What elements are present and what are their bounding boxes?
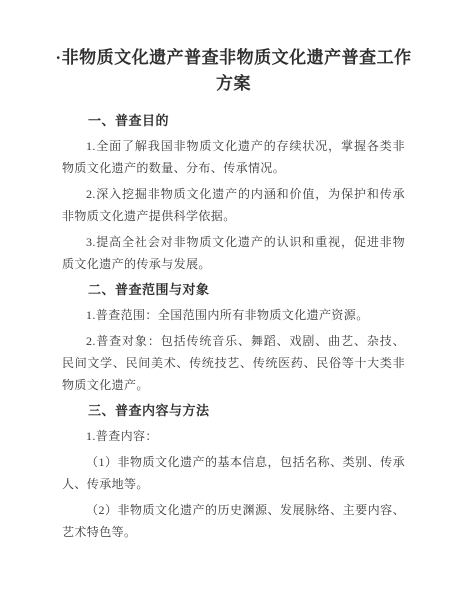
- paragraph: 1.普查内容：: [62, 425, 405, 447]
- document-content: ·非物质文化遗产普查非物质文化遗产普查工作方案 一、普查目的 1.全面了解我国非…: [0, 0, 463, 543]
- paragraph: （1）非物质文化遗产的基本信息，包括名称、类别、传承人、传承地等。: [62, 451, 405, 495]
- paragraph: 1.全面了解我国非物质文化遗产的存续状况，掌握各类非物质文化遗产的数量、分布、传…: [62, 135, 405, 179]
- document-page: ·非物质文化遗产普查非物质文化遗产普查工作方案 一、普查目的 1.全面了解我国非…: [0, 0, 463, 600]
- document-title: ·非物质文化遗产普查非物质文化遗产普查工作方案: [50, 45, 417, 97]
- paragraph: 3.提高全社会对非物质文化遗产的认识和重视，促进非物质文化遗产的传承与发展。: [62, 231, 405, 275]
- section-survey-scope: 二、普查范围与对象 1.普查范围：全国范围内所有非物质文化遗产资源。 2.普查对…: [62, 279, 405, 396]
- section-survey-content-method: 三、普查内容与方法 1.普查内容： （1）非物质文化遗产的基本信息，包括名称、类…: [62, 400, 405, 543]
- paragraph: 1.普查范围：全国范围内所有非物质文化遗产资源。: [62, 304, 405, 326]
- paragraph: 2.深入挖掘非物质文化遗产的内涵和价值，为保护和传承非物质文化遗产提供科学依据。: [62, 183, 405, 227]
- paragraph: （2）非物质文化遗产的历史渊源、发展脉络、主要内容、艺术特色等。: [62, 499, 405, 543]
- section-heading-purpose: 一、普查目的: [62, 110, 405, 132]
- section-heading-scope: 二、普查范围与对象: [62, 279, 405, 301]
- section-heading-content-method: 三、普查内容与方法: [62, 400, 405, 422]
- section-survey-purpose: 一、普查目的 1.全面了解我国非物质文化遗产的存续状况，掌握各类非物质文化遗产的…: [62, 110, 405, 275]
- paragraph: 2.普查对象：包括传统音乐、舞蹈、戏剧、曲艺、杂技、民间文学、民间美术、传统技艺…: [62, 330, 405, 396]
